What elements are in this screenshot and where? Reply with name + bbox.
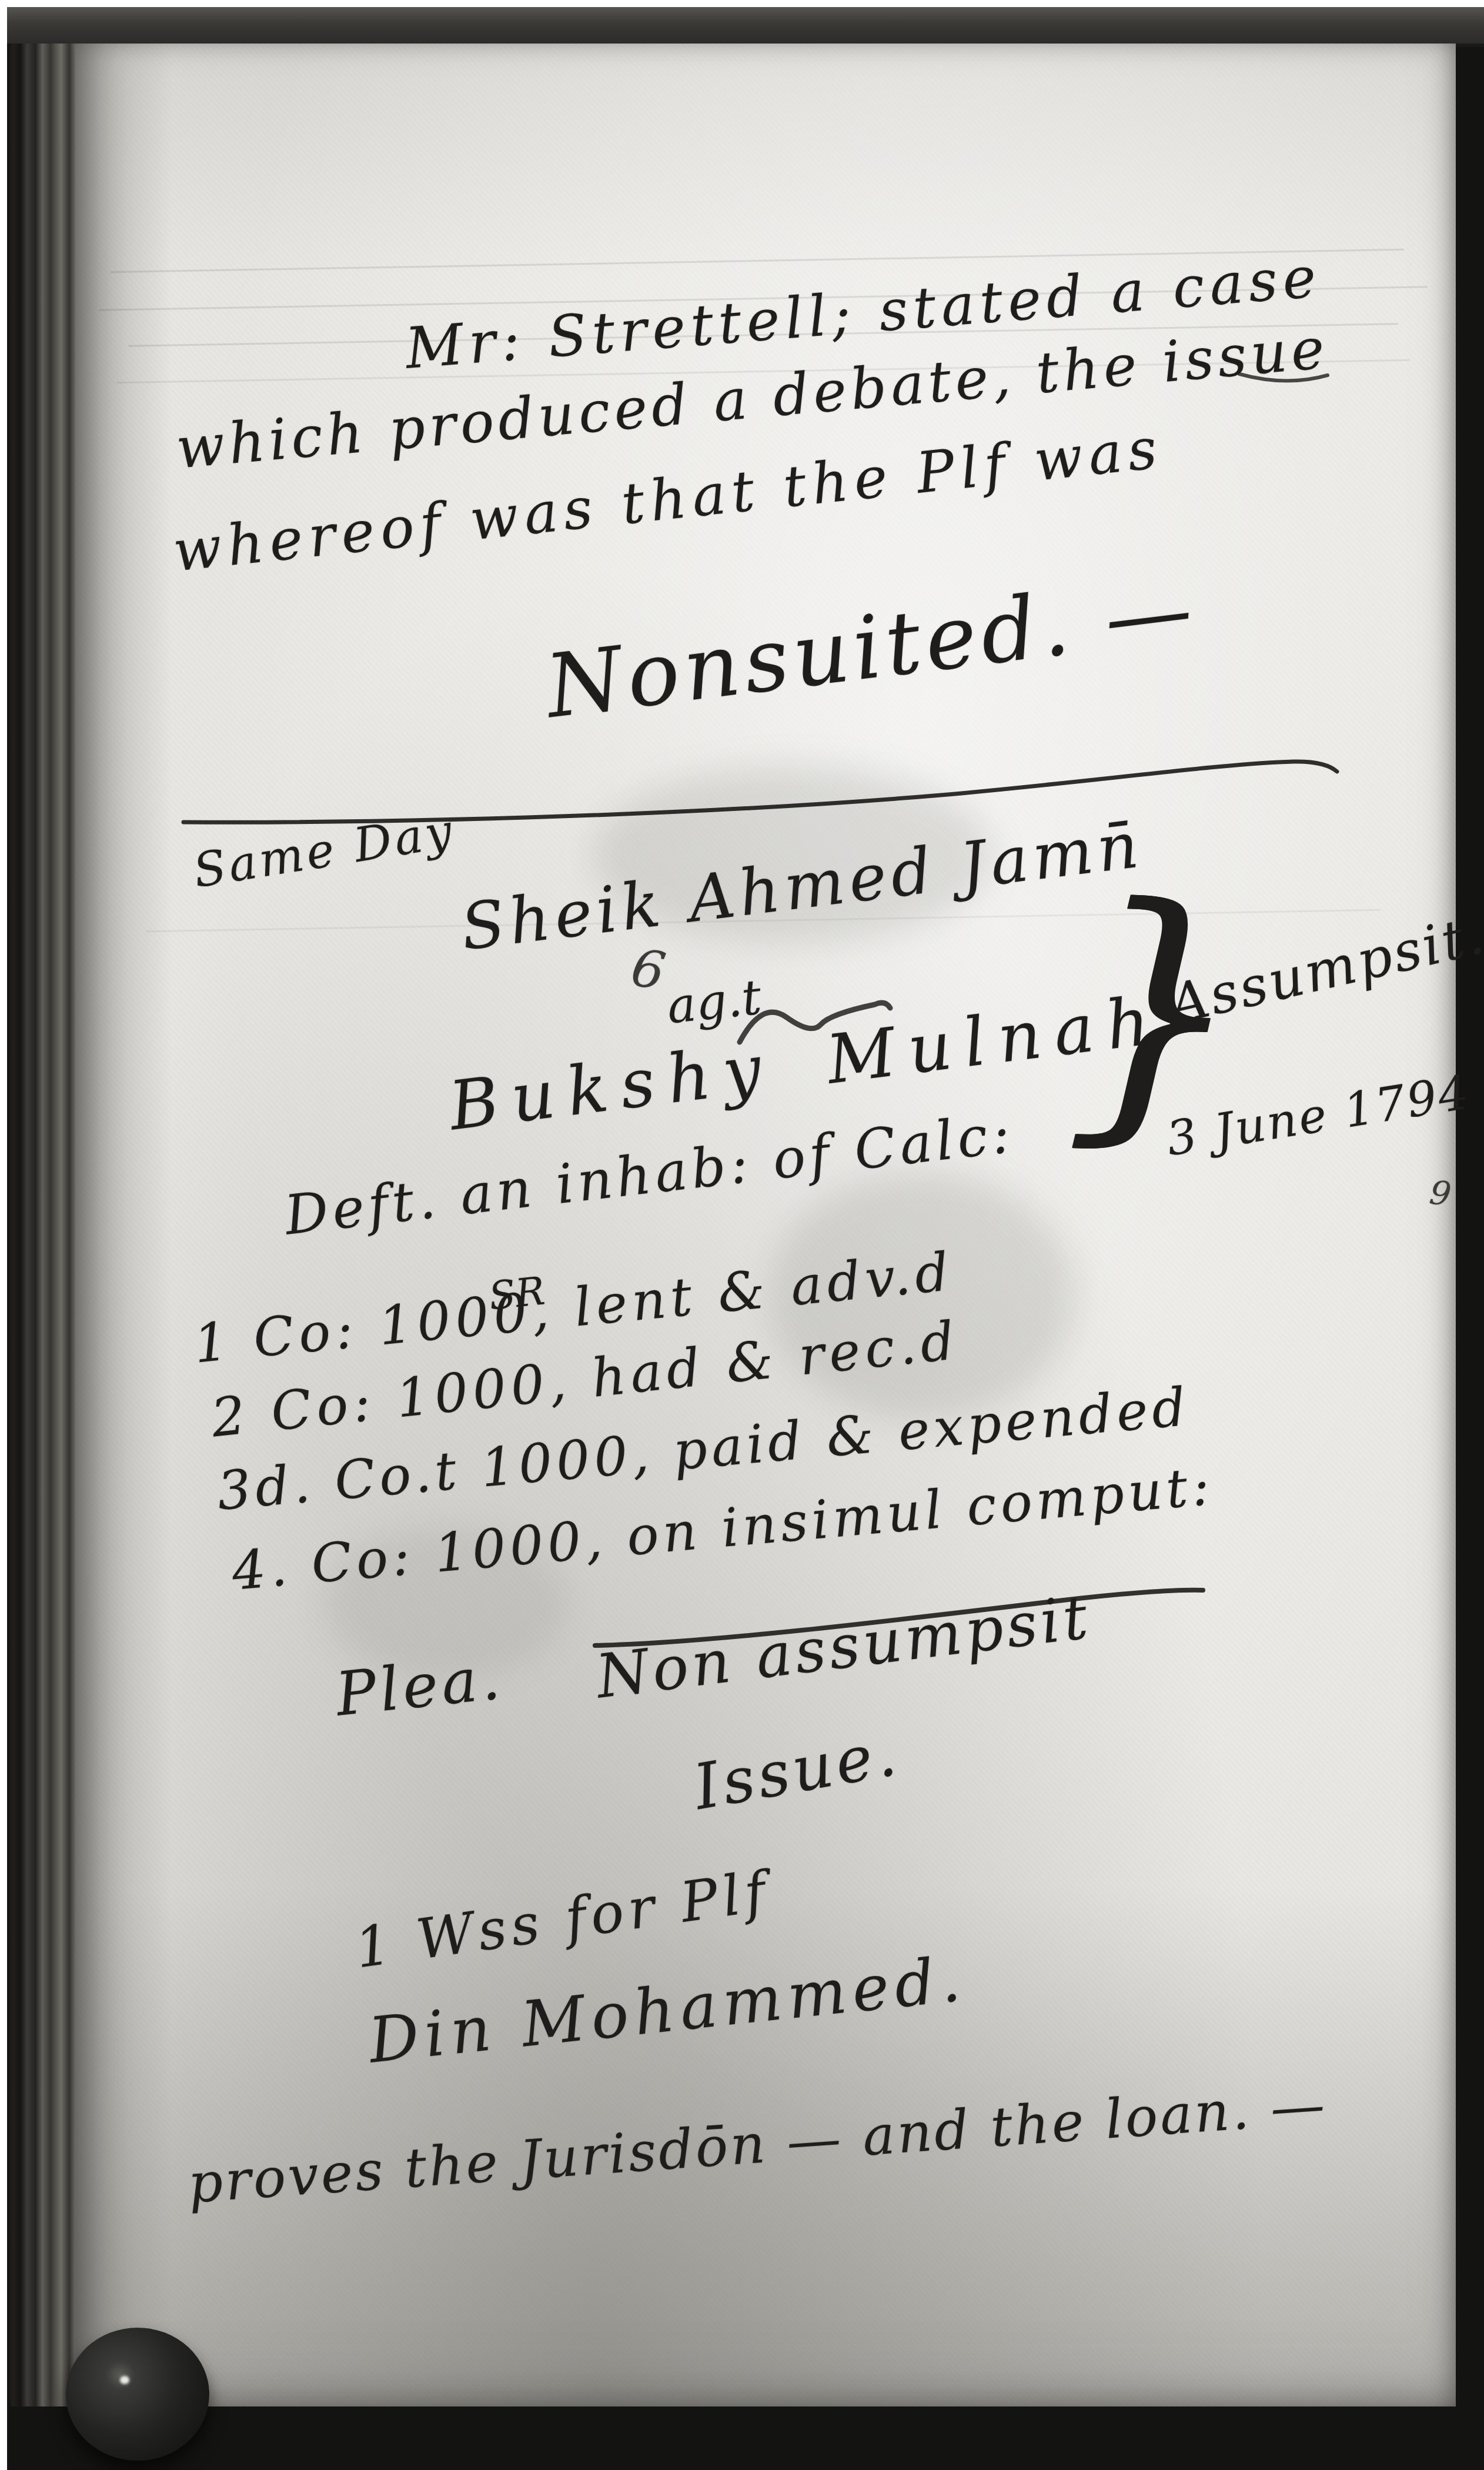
knob-highlight bbox=[120, 2376, 129, 2384]
margin-page-number: 9 bbox=[1428, 1176, 1453, 1211]
plea-label: Plea. bbox=[333, 1648, 506, 1725]
book-spine bbox=[7, 44, 75, 2406]
against-abbrev: ag.t bbox=[665, 973, 764, 1031]
book-weight-knob bbox=[66, 2328, 209, 2461]
book-top-edge bbox=[7, 7, 1484, 47]
manuscript-photo: Mr: Strettell; stated a case which produ… bbox=[0, 0, 1484, 2470]
